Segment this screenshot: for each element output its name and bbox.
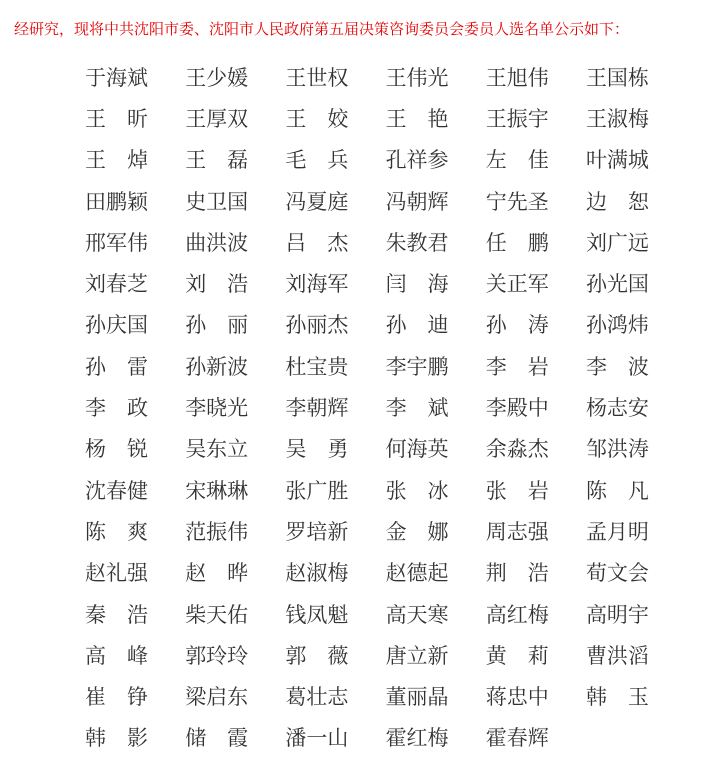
person-name: 孙新波 bbox=[185, 351, 248, 381]
person-name: 崔 铮 bbox=[85, 681, 148, 711]
person-name: 王旭伟 bbox=[486, 62, 549, 92]
person-name: 邹洪涛 bbox=[586, 433, 649, 463]
person-name: 荀文会 bbox=[586, 557, 649, 587]
person-name: 郭 薇 bbox=[285, 640, 348, 670]
person-name: 孙光国 bbox=[586, 268, 649, 298]
name-row: 刘春芝刘 浩刘海军闫 海关正军孙光国 bbox=[85, 262, 715, 303]
person-name: 梁启东 bbox=[185, 681, 248, 711]
person-name: 储 霞 bbox=[185, 722, 248, 752]
person-name: 赵 晔 bbox=[185, 557, 248, 587]
person-name: 高 峰 bbox=[85, 640, 148, 670]
name-row: 秦 浩柴天佑钱凤魁高天寒高红梅高明宇 bbox=[85, 593, 715, 634]
name-row: 田鹏颖史卫国冯夏庭冯朝辉宁先圣边 恕 bbox=[85, 180, 715, 221]
person-name: 王世权 bbox=[285, 62, 348, 92]
name-row: 高 峰郭玲玲郭 薇唐立新黄 莉曹洪滔 bbox=[85, 634, 715, 675]
name-row: 陈 爽范振伟罗培新金 娜周志强孟月明 bbox=[85, 510, 715, 551]
person-name: 罗培新 bbox=[285, 516, 348, 546]
name-row: 韩 影储 霞潘一山霍红梅霍春辉 bbox=[85, 717, 715, 758]
person-name: 李 波 bbox=[586, 351, 649, 381]
person-name: 秦 浩 bbox=[85, 599, 148, 629]
name-grid: 于海斌王少媛王世权王伟光王旭伟王国栋王 昕王厚双王 姣王 艳王振宇王淑梅王 焯王… bbox=[85, 56, 715, 758]
person-name: 高明宇 bbox=[586, 599, 649, 629]
name-row: 杨 锐吴东立吴 勇何海英余淼杰邹洪涛 bbox=[85, 428, 715, 469]
person-name: 孙丽杰 bbox=[285, 309, 348, 339]
person-name: 余淼杰 bbox=[486, 433, 549, 463]
person-name: 于海斌 bbox=[85, 62, 148, 92]
person-name: 霍红梅 bbox=[386, 722, 449, 752]
person-name: 高红梅 bbox=[486, 599, 549, 629]
person-name: 孙鸿炜 bbox=[586, 309, 649, 339]
announcement-intro: 经研究，现将中共沈阳市委、沈阳市人民政府第五届决策咨询委员会委员人选名单公示如下… bbox=[0, 0, 715, 40]
name-row: 邢军伟曲洪波吕 杰朱教君任 鹏刘广远 bbox=[85, 221, 715, 262]
name-row: 王 昕王厚双王 姣王 艳王振宇王淑梅 bbox=[85, 97, 715, 138]
person-name: 葛壮志 bbox=[285, 681, 348, 711]
name-row: 孙庆国孙 丽孙丽杰孙 迪孙 涛孙鸿炜 bbox=[85, 304, 715, 345]
person-name: 王 磊 bbox=[185, 144, 248, 174]
person-name: 李朝辉 bbox=[285, 392, 348, 422]
name-row: 李 政李晓光李朝辉李 斌李殿中杨志安 bbox=[85, 386, 715, 427]
person-name: 边 恕 bbox=[586, 186, 649, 216]
person-name: 赵淑梅 bbox=[285, 557, 348, 587]
announcement-document: 经研究，现将中共沈阳市委、沈阳市人民政府第五届决策咨询委员会委员人选名单公示如下… bbox=[0, 0, 715, 760]
person-name: 王 艳 bbox=[386, 103, 449, 133]
person-name: 李晓光 bbox=[185, 392, 248, 422]
person-name: 邢军伟 bbox=[85, 227, 148, 257]
person-name: 毛 兵 bbox=[285, 144, 348, 174]
person-name: 张 岩 bbox=[486, 475, 549, 505]
person-name: 孙 丽 bbox=[185, 309, 248, 339]
person-name: 宁先圣 bbox=[486, 186, 549, 216]
person-name: 荆 浩 bbox=[486, 557, 549, 587]
person-name: 王 焯 bbox=[85, 144, 148, 174]
person-name: 周志强 bbox=[486, 516, 549, 546]
person-name: 王振宇 bbox=[486, 103, 549, 133]
person-name: 柴天佑 bbox=[185, 599, 248, 629]
person-name: 杨 锐 bbox=[85, 433, 148, 463]
person-name: 杜宝贵 bbox=[285, 351, 348, 381]
person-name: 王淑梅 bbox=[586, 103, 649, 133]
name-row: 赵礼强赵 晔赵淑梅赵德起荆 浩荀文会 bbox=[85, 552, 715, 593]
person-name: 孔祥参 bbox=[386, 144, 449, 174]
person-name: 范振伟 bbox=[185, 516, 248, 546]
person-name: 赵德起 bbox=[386, 557, 449, 587]
person-name: 冯夏庭 bbox=[285, 186, 348, 216]
person-name: 曲洪波 bbox=[185, 227, 248, 257]
person-name: 金 娜 bbox=[386, 516, 449, 546]
person-name: 史卫国 bbox=[185, 186, 248, 216]
person-name: 霍春辉 bbox=[486, 722, 549, 752]
person-name: 李殿中 bbox=[486, 392, 549, 422]
person-name: 王少媛 bbox=[185, 62, 248, 92]
person-name: 刘春芝 bbox=[85, 268, 148, 298]
person-name: 刘海军 bbox=[285, 268, 348, 298]
person-name: 孙 涛 bbox=[486, 309, 549, 339]
person-name: 刘 浩 bbox=[185, 268, 248, 298]
name-row: 王 焯王 磊毛 兵孔祥参左 佳叶满城 bbox=[85, 139, 715, 180]
person-name: 吴 勇 bbox=[285, 433, 348, 463]
person-name: 任 鹏 bbox=[486, 227, 549, 257]
person-name: 孙 迪 bbox=[386, 309, 449, 339]
person-name: 朱教君 bbox=[386, 227, 449, 257]
person-name: 沈春健 bbox=[85, 475, 148, 505]
person-name: 左 佳 bbox=[486, 144, 549, 174]
person-name: 孙庆国 bbox=[85, 309, 148, 339]
person-name: 张广胜 bbox=[285, 475, 348, 505]
person-name: 李宇鹏 bbox=[386, 351, 449, 381]
person-name: 关正军 bbox=[486, 268, 549, 298]
person-name: 何海英 bbox=[386, 433, 449, 463]
person-name: 宋琳琳 bbox=[185, 475, 248, 505]
person-name: 赵礼强 bbox=[85, 557, 148, 587]
person-name: 黄 莉 bbox=[486, 640, 549, 670]
person-name: 冯朝辉 bbox=[386, 186, 449, 216]
person-name: 王 昕 bbox=[85, 103, 148, 133]
name-row: 于海斌王少媛王世权王伟光王旭伟王国栋 bbox=[85, 56, 715, 97]
person-name: 陈 凡 bbox=[586, 475, 649, 505]
person-name: 王 姣 bbox=[285, 103, 348, 133]
person-name: 杨志安 bbox=[586, 392, 649, 422]
person-name: 刘广远 bbox=[586, 227, 649, 257]
person-name: 叶满城 bbox=[586, 144, 649, 174]
person-name: 李 岩 bbox=[486, 351, 549, 381]
person-name: 王伟光 bbox=[386, 62, 449, 92]
person-name: 王厚双 bbox=[185, 103, 248, 133]
person-name: 韩 玉 bbox=[586, 681, 649, 711]
person-name: 陈 爽 bbox=[85, 516, 148, 546]
person-name: 张 冰 bbox=[386, 475, 449, 505]
name-row: 崔 铮梁启东葛壮志董丽晶蒋忠中韩 玉 bbox=[85, 675, 715, 716]
person-name: 董丽晶 bbox=[386, 681, 449, 711]
person-name: 郭玲玲 bbox=[185, 640, 248, 670]
person-name: 潘一山 bbox=[285, 722, 348, 752]
person-name: 唐立新 bbox=[386, 640, 449, 670]
person-name: 闫 海 bbox=[386, 268, 449, 298]
person-name: 孙 雷 bbox=[85, 351, 148, 381]
person-name: 蒋忠中 bbox=[486, 681, 549, 711]
person-name: 吴东立 bbox=[185, 433, 248, 463]
person-name: 王国栋 bbox=[586, 62, 649, 92]
person-name: 孟月明 bbox=[586, 516, 649, 546]
person-name: 曹洪滔 bbox=[586, 640, 649, 670]
person-name: 韩 影 bbox=[85, 722, 148, 752]
person-name: 李 斌 bbox=[386, 392, 449, 422]
person-name: 钱凤魁 bbox=[285, 599, 348, 629]
name-row: 沈春健宋琳琳张广胜张 冰张 岩陈 凡 bbox=[85, 469, 715, 510]
person-name: 吕 杰 bbox=[285, 227, 348, 257]
person-name: 田鹏颖 bbox=[85, 186, 148, 216]
person-name: 高天寒 bbox=[386, 599, 449, 629]
person-name: 李 政 bbox=[85, 392, 148, 422]
name-row: 孙 雷孙新波杜宝贵李宇鹏李 岩李 波 bbox=[85, 345, 715, 386]
